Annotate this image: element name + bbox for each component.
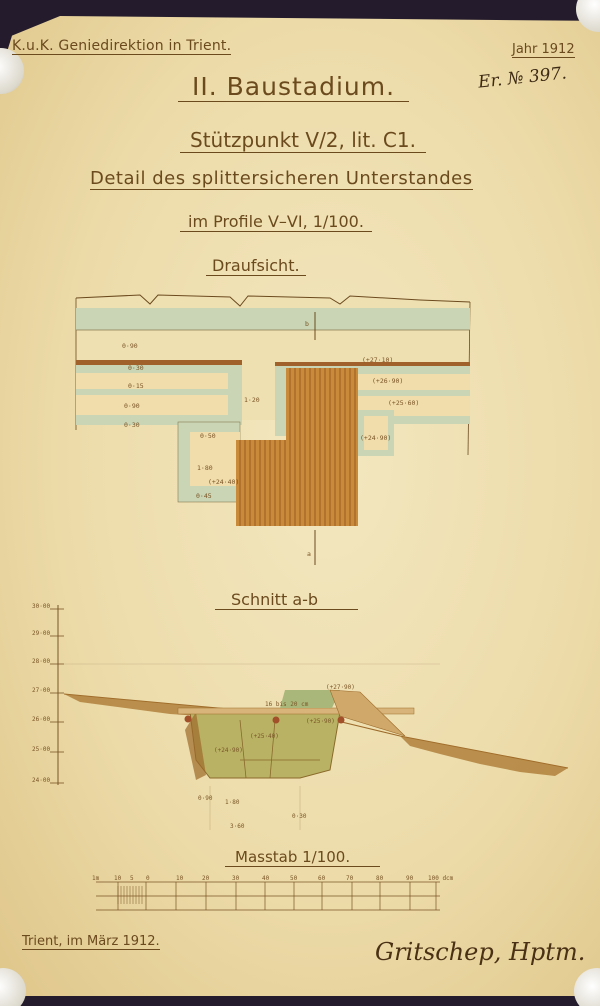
signature: Gritschep, Hptm.: [375, 938, 585, 966]
place-and-date: Trient, im März 1912.: [22, 934, 160, 950]
svg-text:1m: 1m: [92, 875, 100, 882]
svg-text:70: 70: [346, 875, 354, 882]
svg-text:10: 10: [114, 875, 122, 882]
svg-text:100 dcm: 100 dcm: [428, 875, 454, 882]
svg-text:30: 30: [232, 875, 240, 882]
svg-text:50: 50: [290, 875, 298, 882]
scale-bar: 1m 10 5 0 10 20 30 40 50 60 70 80 90 100…: [0, 0, 600, 1006]
svg-text:20: 20: [202, 875, 210, 882]
svg-text:80: 80: [376, 875, 384, 882]
svg-text:0: 0: [146, 875, 150, 882]
svg-text:5: 5: [130, 875, 134, 882]
svg-text:40: 40: [262, 875, 270, 882]
svg-text:60: 60: [318, 875, 326, 882]
svg-text:10: 10: [176, 875, 184, 882]
svg-text:90: 90: [406, 875, 414, 882]
